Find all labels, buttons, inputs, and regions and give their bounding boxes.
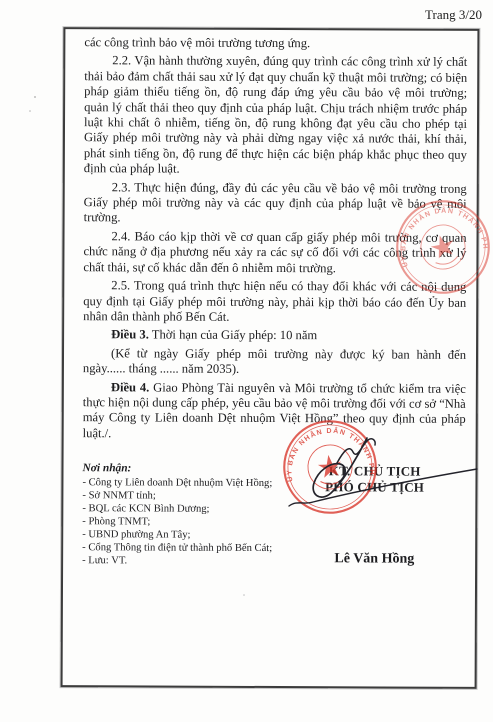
paragraph-2-3: 2.3. Thực hiện đúng, đầy đủ các yêu cầu … — [84, 180, 467, 228]
signer-title-line2: PHÓ CHỦ TỊCH — [288, 479, 462, 495]
signature-block: KT. CHỦ TỊCH PHÓ CHỦ TỊCH Lê Văn Hồng — [288, 463, 462, 569]
signer-title-line1: KT. CHỦ TỊCH — [288, 463, 462, 479]
paragraph-text: 2.5. Trong quá trình thực hiện nếu có th… — [83, 278, 466, 323]
scanned-document-page: Trang 3/20 các công trình bảo vệ môi trư… — [0, 0, 493, 722]
scan-speck — [34, 96, 36, 98]
article-3-note: (Kể từ ngày Giấy phép môi trường này đượ… — [83, 346, 466, 378]
signer-name: Lê Văn Hồng — [288, 551, 462, 568]
scan-speck — [29, 110, 31, 112]
paragraph-2-5: 2.5. Trong quá trình thực hiện nếu có th… — [83, 278, 466, 326]
paragraph-text: (Kể từ ngày Giấy phép môi trường này đượ… — [83, 346, 466, 376]
document-frame: các công trình bảo vệ môi trường tương ứ… — [61, 27, 480, 689]
recipients-block: Nơi nhận: - Công ty Liên doanh Dệt nhuộm… — [82, 462, 288, 568]
article-4-label: Điều 4. — [111, 380, 150, 394]
recipient-item: - UBND phường An Tây; — [82, 528, 287, 542]
page-number: Trang 3/20 — [425, 7, 482, 23]
recipient-item: - BQL các KCN Bình Dương; — [82, 502, 287, 516]
recipient-item: - Công ty Liên doanh Dệt nhuộm Việt Hồng… — [82, 476, 287, 490]
article-3-label: Điều 3. — [111, 328, 149, 342]
scan-speck — [243, 594, 245, 596]
paragraph-text: 2.3. Thực hiện đúng, đầy đủ các yêu cầu … — [84, 180, 467, 225]
article-4: Điều 4. Giao Phòng Tài nguyên và Môi trư… — [83, 380, 466, 443]
recipient-item: - Lưu: VT. — [82, 554, 287, 568]
paragraph-2-4: 2.4. Báo cáo kịp thời về cơ quan cấp giấ… — [83, 229, 466, 277]
paragraph-2-2: 2.2. Vận hành thường xuyên, đúng quy trì… — [84, 54, 468, 179]
recipient-item: - Cổng Thông tin điện tử thành phố Bến C… — [82, 541, 287, 555]
paragraph-text: Thời hạn của Giấy phép: 10 năm — [149, 328, 317, 343]
paragraph-continuation: các công trình bảo vệ môi trường tương ứ… — [84, 35, 467, 52]
article-3: Điều 3. Thời hạn của Giấy phép: 10 năm — [83, 327, 466, 344]
paragraph-text: các công trình bảo vệ môi trường tương ứ… — [84, 35, 310, 50]
paragraph-text: 2.2. Vận hành thường xuyên, đúng quy trì… — [84, 54, 468, 176]
recipients-title: Nơi nhận: — [82, 462, 287, 476]
recipient-item: - Sở NNMT tỉnh; — [82, 489, 287, 503]
recipient-item: - Phòng TNMT; — [82, 515, 287, 529]
paragraph-text: 2.4. Báo cáo kịp thời về cơ quan cấp giấ… — [83, 229, 466, 275]
document-footer: Nơi nhận: - Công ty Liên doanh Dệt nhuộm… — [82, 462, 465, 569]
